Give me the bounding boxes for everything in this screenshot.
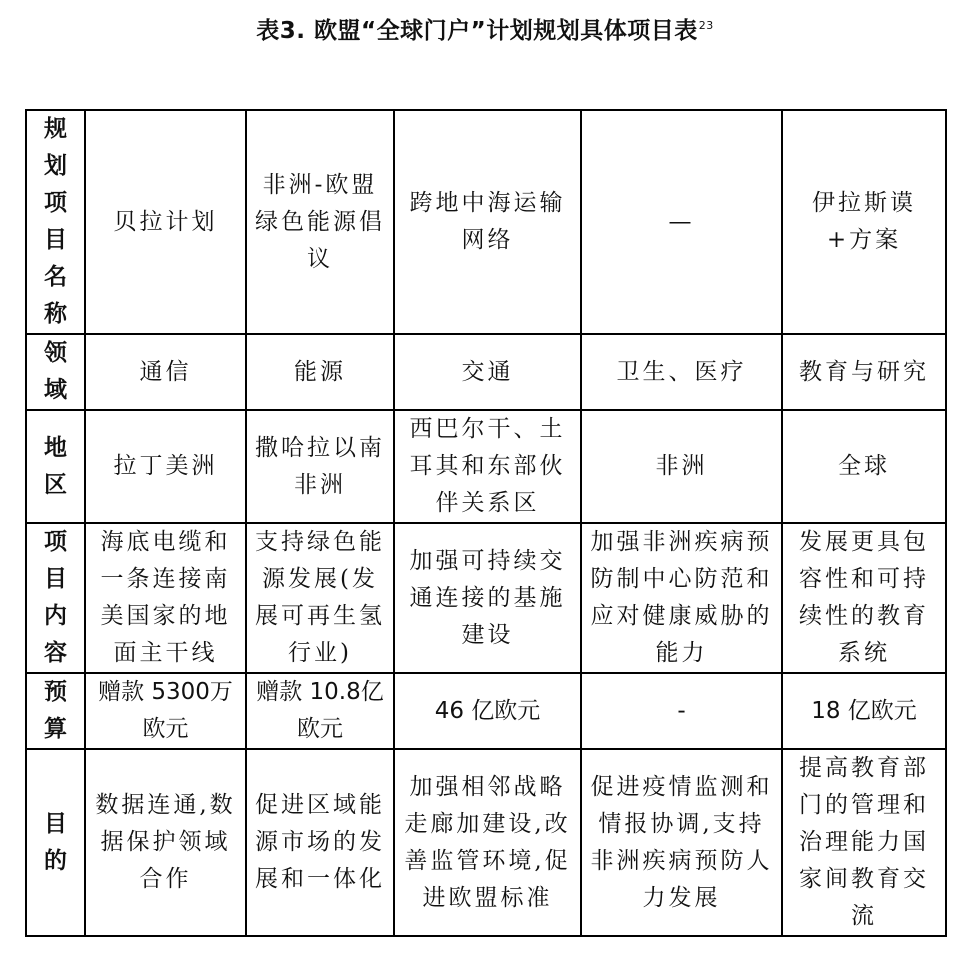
- table-cell: 数据连通,数据保护领域合作: [85, 749, 246, 936]
- table-cell: 海底电缆和一条连接南美国家的地面主干线: [85, 523, 246, 673]
- table-row-budget: 预算 赠款 5300万欧元 赠款 10.8亿欧元 46 亿欧元 - 18 亿欧元: [26, 673, 946, 749]
- table-cell: -: [581, 673, 782, 749]
- table-cell: 发展更具包容性和可持续性的教育系统: [782, 523, 946, 673]
- row-header-field: 领域: [26, 334, 85, 410]
- table-cell: 卫生、医疗: [581, 334, 782, 410]
- table-cell: 支持绿色能源发展(发展可再生氢行业): [246, 523, 394, 673]
- project-table: 规划项目名称 贝拉计划 非洲-欧盟绿色能源倡议 跨地中海运输网络 — 伊拉斯谟+…: [25, 109, 947, 937]
- table-cell: 撒哈拉以南非洲: [246, 410, 394, 523]
- table-cell: —: [581, 110, 782, 334]
- row-header-purpose: 目的: [26, 749, 85, 936]
- table-cell: 18 亿欧元: [782, 673, 946, 749]
- table-cell: 交通: [394, 334, 581, 410]
- table-row-region: 地区 拉丁美洲 撒哈拉以南非洲 西巴尔干、土耳其和东部伙伴关系区 非洲 全球: [26, 410, 946, 523]
- table-caption-text: 表3. 欧盟“全球门户”计划规划具体项目表: [256, 18, 697, 44]
- table-cell: 拉丁美洲: [85, 410, 246, 523]
- table-cell: 非洲: [581, 410, 782, 523]
- table-cell: 加强相邻战略走廊加建设,改善监管环境,促进欧盟标准: [394, 749, 581, 936]
- table-cell: 提高教育部门的管理和治理能力国家间教育交流: [782, 749, 946, 936]
- table-cell: 全球: [782, 410, 946, 523]
- footnote-reference: 23: [699, 19, 714, 32]
- table-row-field: 领域 通信 能源 交通 卫生、医疗 教育与研究: [26, 334, 946, 410]
- table-cell: 促进疫情监测和情报协调,支持非洲疾病预防人力发展: [581, 749, 782, 936]
- table-cell: 赠款 5300万欧元: [85, 673, 246, 749]
- row-header-project-name: 规划项目名称: [26, 110, 85, 334]
- table-row-project-name: 规划项目名称 贝拉计划 非洲-欧盟绿色能源倡议 跨地中海运输网络 — 伊拉斯谟+…: [26, 110, 946, 334]
- table-cell: 伊拉斯谟+方案: [782, 110, 946, 334]
- table-cell: 能源: [246, 334, 394, 410]
- table-cell: 教育与研究: [782, 334, 946, 410]
- table-cell: 加强可持续交通连接的基施建设: [394, 523, 581, 673]
- table-cell: 46 亿欧元: [394, 673, 581, 749]
- table-cell: 贝拉计划: [85, 110, 246, 334]
- table-caption: 表3. 欧盟“全球门户”计划规划具体项目表23: [0, 12, 970, 45]
- table-cell: 赠款 10.8亿欧元: [246, 673, 394, 749]
- table-cell: 跨地中海运输网络: [394, 110, 581, 334]
- table-cell: 加强非洲疾病预防制中心防范和应对健康威胁的能力: [581, 523, 782, 673]
- table-cell: 促进区域能源市场的发展和一体化: [246, 749, 394, 936]
- row-header-budget: 预算: [26, 673, 85, 749]
- table-cell: 西巴尔干、土耳其和东部伙伴关系区: [394, 410, 581, 523]
- row-header-content: 项目内容: [26, 523, 85, 673]
- table-row-content: 项目内容 海底电缆和一条连接南美国家的地面主干线 支持绿色能源发展(发展可再生氢…: [26, 523, 946, 673]
- table-row-purpose: 目的 数据连通,数据保护领域合作 促进区域能源市场的发展和一体化 加强相邻战略走…: [26, 749, 946, 936]
- table-cell: 通信: [85, 334, 246, 410]
- table-cell: 非洲-欧盟绿色能源倡议: [246, 110, 394, 334]
- row-header-region: 地区: [26, 410, 85, 523]
